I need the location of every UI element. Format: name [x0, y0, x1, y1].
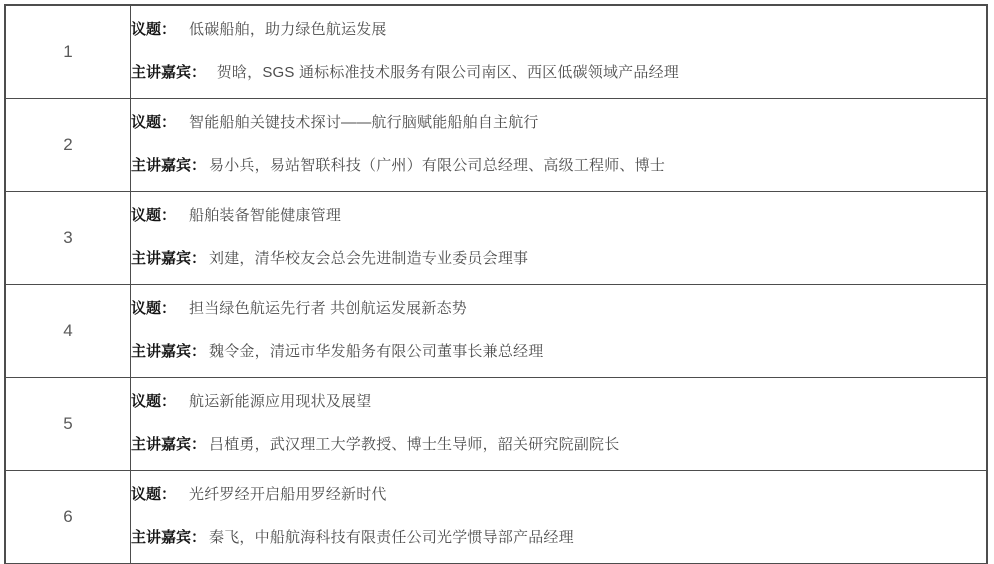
table-row: 2议题：智能船舶关键技术探讨——航行脑赋能船舶自主航行主讲嘉宾：易小兵，易站智联…: [5, 99, 987, 192]
row-content: 议题：担当绿色航运先行者 共创航运发展新态势主讲嘉宾：魏令金，清远市华发船务有限…: [131, 285, 986, 377]
agenda-table: 1议题：低碳船舶，助力绿色航运发展主讲嘉宾： 贺晗，SGS 通标标准技术服务有限…: [4, 4, 988, 564]
row-number: 5: [5, 378, 131, 471]
agenda-table-body: 1议题：低碳船舶，助力绿色航运发展主讲嘉宾： 贺晗，SGS 通标标准技术服务有限…: [5, 5, 987, 564]
row-number: 1: [5, 5, 131, 99]
row-content-cell: 议题：低碳船舶，助力绿色航运发展主讲嘉宾： 贺晗，SGS 通标标准技术服务有限公…: [131, 5, 988, 99]
topic-line: 议题：担当绿色航运先行者 共创航运发展新态势: [131, 298, 986, 319]
speaker-line: 主讲嘉宾：刘建，清华校友会总会先进制造专业委员会理事: [131, 248, 986, 269]
row-content: 议题：光纤罗经开启船用罗经新时代主讲嘉宾：秦飞，中船航海科技有限责任公司光学惯导…: [131, 471, 986, 563]
row-content-cell: 议题：智能船舶关键技术探讨——航行脑赋能船舶自主航行主讲嘉宾：易小兵，易站智联科…: [131, 99, 988, 192]
speaker-text: 刘建，清华校友会总会先进制造专业委员会理事: [209, 250, 528, 267]
speaker-text: 魏令金，清远市华发船务有限公司董事长兼总经理: [209, 343, 543, 360]
speaker-label: 主讲嘉宾：: [131, 343, 206, 360]
topic-label: 议题：: [131, 393, 176, 410]
topic-text: 担当绿色航运先行者 共创航运发展新态势: [189, 300, 467, 317]
topic-line: 议题：光纤罗经开启船用罗经新时代: [131, 484, 986, 505]
topic-label: 议题：: [131, 114, 176, 131]
speaker-text: 吕植勇，武汉理工大学教授、博士生导师，韶关研究院副院长: [209, 436, 619, 453]
topic-label: 议题：: [131, 207, 176, 224]
row-content: 议题：智能船舶关键技术探讨——航行脑赋能船舶自主航行主讲嘉宾：易小兵，易站智联科…: [131, 99, 986, 191]
speaker-label: 主讲嘉宾：: [131, 529, 206, 546]
speaker-text: 贺晗，SGS 通标标准技术服务有限公司南区、西区低碳领域产品经理: [202, 64, 679, 81]
topic-text: 船舶装备智能健康管理: [189, 207, 341, 224]
table-row: 3议题：船舶装备智能健康管理主讲嘉宾：刘建，清华校友会总会先进制造专业委员会理事: [5, 192, 987, 285]
row-content: 议题：航运新能源应用现状及展望主讲嘉宾：吕植勇，武汉理工大学教授、博士生导师，韶…: [131, 378, 986, 470]
table-row: 1议题：低碳船舶，助力绿色航运发展主讲嘉宾： 贺晗，SGS 通标标准技术服务有限…: [5, 5, 987, 99]
speaker-line: 主讲嘉宾：秦飞，中船航海科技有限责任公司光学惯导部产品经理: [131, 527, 986, 548]
speaker-text: 秦飞，中船航海科技有限责任公司光学惯导部产品经理: [209, 529, 574, 546]
speaker-line: 主讲嘉宾：易小兵，易站智联科技（广州）有限公司总经理、高级工程师、博士: [131, 155, 986, 176]
table-row: 4议题：担当绿色航运先行者 共创航运发展新态势主讲嘉宾：魏令金，清远市华发船务有…: [5, 285, 987, 378]
topic-line: 议题：低碳船舶，助力绿色航运发展: [131, 19, 986, 40]
row-content-cell: 议题：船舶装备智能健康管理主讲嘉宾：刘建，清华校友会总会先进制造专业委员会理事: [131, 192, 988, 285]
row-number: 3: [5, 192, 131, 285]
topic-label: 议题：: [131, 21, 176, 38]
speaker-label: 主讲嘉宾：: [131, 157, 206, 174]
speaker-text: 易小兵，易站智联科技（广州）有限公司总经理、高级工程师、博士: [209, 157, 665, 174]
topic-label: 议题：: [131, 486, 176, 503]
speaker-line: 主讲嘉宾：吕植勇，武汉理工大学教授、博士生导师，韶关研究院副院长: [131, 434, 986, 455]
row-content: 议题：船舶装备智能健康管理主讲嘉宾：刘建，清华校友会总会先进制造专业委员会理事: [131, 192, 986, 284]
table-row: 6议题：光纤罗经开启船用罗经新时代主讲嘉宾：秦飞，中船航海科技有限责任公司光学惯…: [5, 471, 987, 564]
row-content-cell: 议题：担当绿色航运先行者 共创航运发展新态势主讲嘉宾：魏令金，清远市华发船务有限…: [131, 285, 988, 378]
table-row: 5议题：航运新能源应用现状及展望主讲嘉宾：吕植勇，武汉理工大学教授、博士生导师，…: [5, 378, 987, 471]
topic-line: 议题：航运新能源应用现状及展望: [131, 391, 986, 412]
speaker-label: 主讲嘉宾：: [131, 436, 206, 453]
row-number: 2: [5, 99, 131, 192]
topic-line: 议题：船舶装备智能健康管理: [131, 205, 986, 226]
row-content: 议题：低碳船舶，助力绿色航运发展主讲嘉宾： 贺晗，SGS 通标标准技术服务有限公…: [131, 6, 986, 98]
page: 1议题：低碳船舶，助力绿色航运发展主讲嘉宾： 贺晗，SGS 通标标准技术服务有限…: [0, 0, 994, 564]
speaker-label: 主讲嘉宾：: [131, 64, 199, 81]
row-content-cell: 议题：光纤罗经开启船用罗经新时代主讲嘉宾：秦飞，中船航海科技有限责任公司光学惯导…: [131, 471, 988, 564]
topic-line: 议题：智能船舶关键技术探讨——航行脑赋能船舶自主航行: [131, 112, 986, 133]
topic-text: 光纤罗经开启船用罗经新时代: [189, 486, 387, 503]
row-content-cell: 议题：航运新能源应用现状及展望主讲嘉宾：吕植勇，武汉理工大学教授、博士生导师，韶…: [131, 378, 988, 471]
topic-text: 航运新能源应用现状及展望: [189, 393, 371, 410]
speaker-line: 主讲嘉宾： 贺晗，SGS 通标标准技术服务有限公司南区、西区低碳领域产品经理: [131, 62, 986, 83]
topic-text: 低碳船舶，助力绿色航运发展: [189, 21, 387, 38]
row-number: 6: [5, 471, 131, 564]
topic-text: 智能船舶关键技术探讨——航行脑赋能船舶自主航行: [189, 114, 539, 131]
speaker-label: 主讲嘉宾：: [131, 250, 206, 267]
topic-label: 议题：: [131, 300, 176, 317]
speaker-line: 主讲嘉宾：魏令金，清远市华发船务有限公司董事长兼总经理: [131, 341, 986, 362]
row-number: 4: [5, 285, 131, 378]
